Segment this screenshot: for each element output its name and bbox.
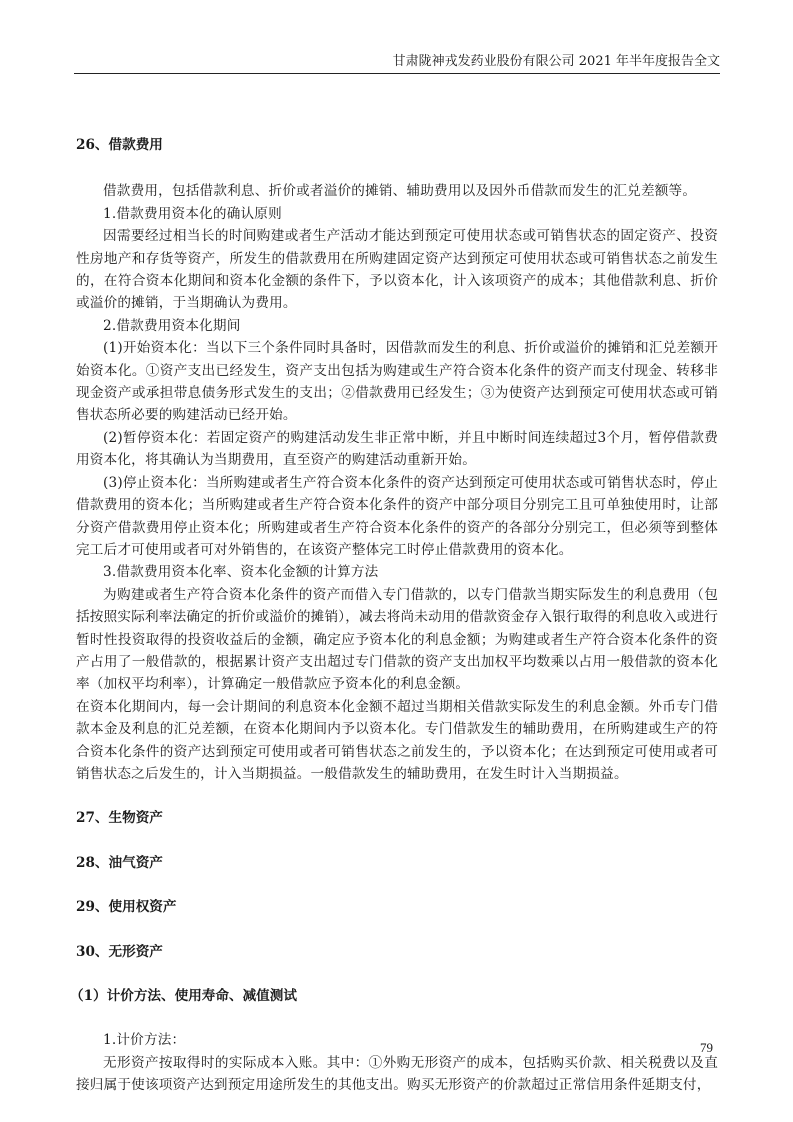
subheading-capitalization-period: 2.借款费用资本化期间 (76, 315, 718, 337)
page-number: 79 (700, 1040, 713, 1056)
sub-heading-valuation: （1）计价方法、使用寿命、减值测试 (70, 985, 718, 1007)
section-heading-30: 30、无形资产 (76, 941, 718, 963)
report-title: 甘肃陇神戎发药业股份有限公司 2021 年半年度报告全文 (393, 54, 720, 69)
section-heading-26: 26、借款费用 (76, 134, 718, 156)
document-body: 26、借款费用 借款费用，包括借款利息、折价或者溢价的摊销、辅助费用以及因外币借… (76, 134, 718, 1097)
section-heading-27: 27、生物资产 (76, 807, 718, 829)
paragraph: 因需要经过相当长的时间购建或者生产活动才能达到预定可使用状态或可销售状态的固定资… (76, 225, 718, 315)
subheading-capitalization-principle: 1.借款费用资本化的确认原则 (76, 203, 718, 225)
subheading-calculation-method: 3.借款费用资本化率、资本化金额的计算方法 (76, 561, 718, 583)
paragraph: (3)停止资本化：当所购建或者生产符合资本化条件的资产达到预定可使用状态或可销售… (76, 472, 718, 562)
section-heading-28: 28、油气资产 (76, 852, 718, 874)
paragraph: (2)暂停资本化：若固定资产的购建活动发生非正常中断，并且中断时间连续超过3个月… (76, 427, 718, 472)
paragraph: 借款费用，包括借款利息、折价或者溢价的摊销、辅助费用以及因外币借款而发生的汇兑差… (76, 180, 718, 202)
paragraph: 无形资产按取得时的实际成本入账。其中：①外购无形资产的成本，包括购买价款、相关税… (76, 1052, 718, 1097)
section-heading-29: 29、使用权资产 (76, 896, 718, 918)
subheading-pricing-method: 1.计价方法： (76, 1029, 718, 1051)
paragraph: 为购建或者生产符合资本化条件的资产而借入专门借款的，以专门借款当期实际发生的利息… (76, 584, 718, 696)
paragraph: (1)开始资本化：当以下三个条件同时具备时，因借款而发生的利息、折价或溢价的摊销… (76, 337, 718, 427)
paragraph: 在资本化期间内，每一会计期间的利息资本化金额不超过当期相关借款实际发生的利息金额… (76, 696, 718, 786)
page-header: 甘肃陇神戎发药业股份有限公司 2021 年半年度报告全文 (74, 53, 720, 74)
